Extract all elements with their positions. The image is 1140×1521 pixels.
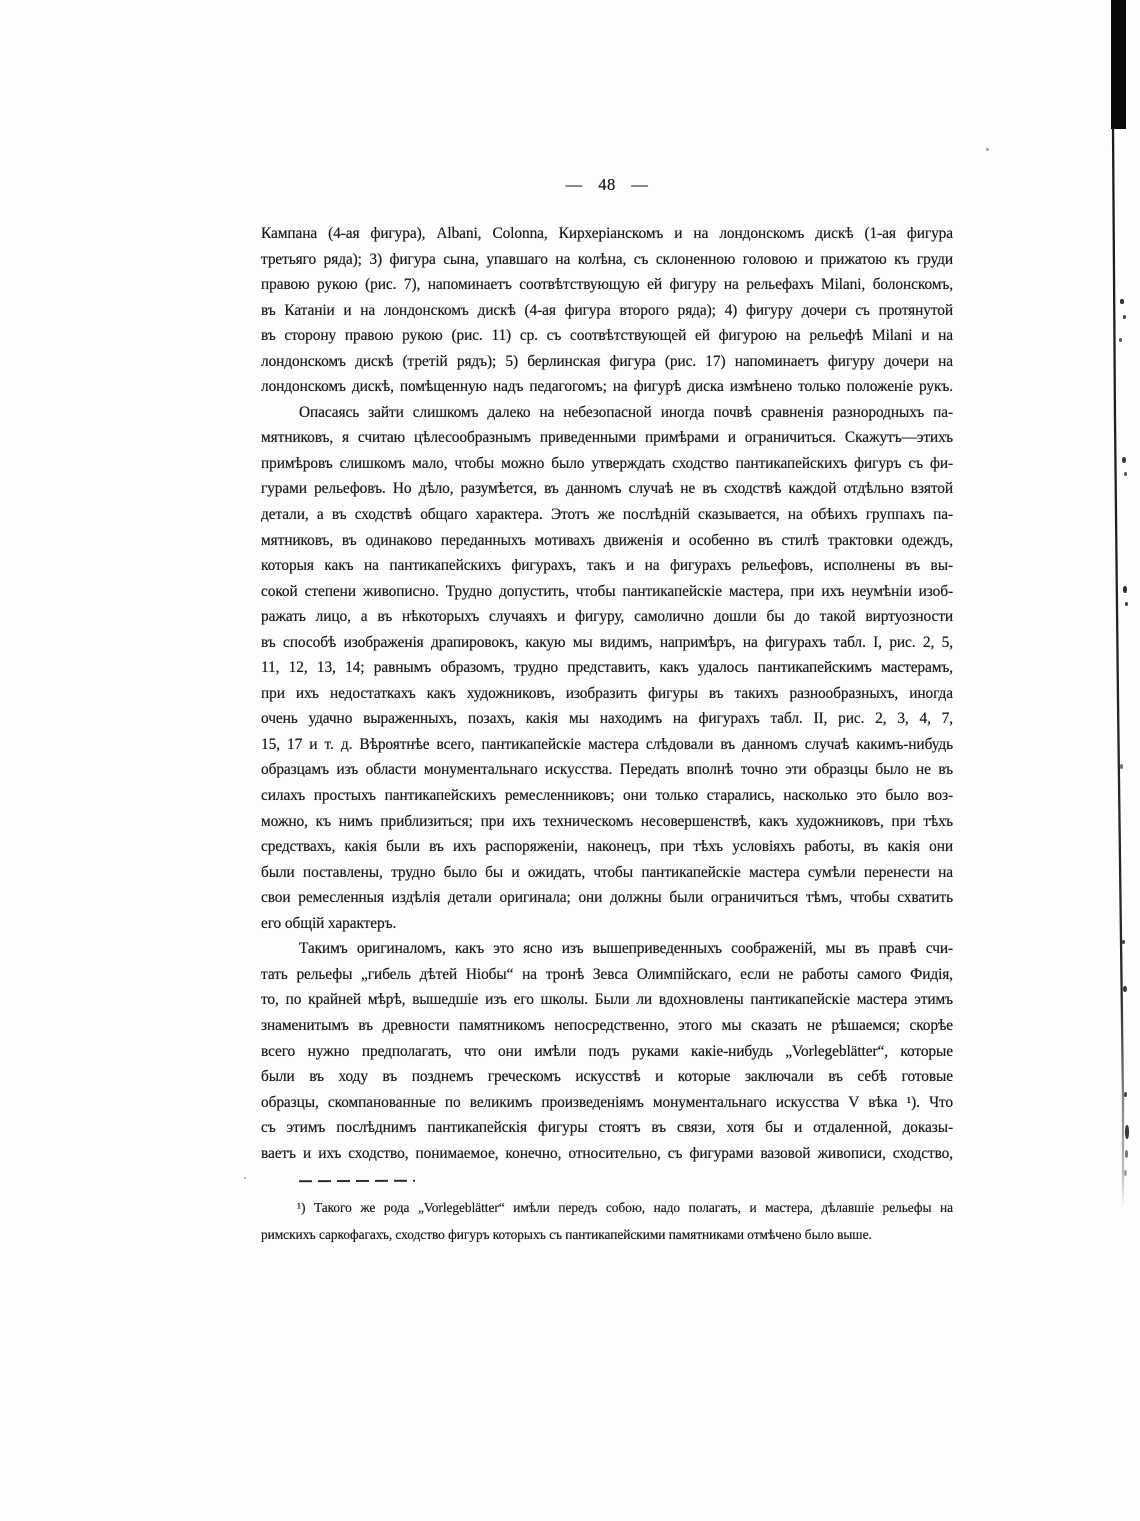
scan-speck — [1125, 602, 1128, 606]
scan-speck — [1123, 586, 1127, 593]
scan-speck — [1123, 315, 1126, 319]
scan-speck — [1123, 986, 1127, 992]
scan-speck — [244, 1177, 246, 1179]
scan-speck — [1120, 764, 1123, 769]
scan-speck — [1119, 338, 1122, 342]
scan-speck — [1122, 457, 1126, 463]
scan-speck — [1124, 1170, 1127, 1176]
scan-speck — [1125, 1150, 1128, 1158]
book-page: — 48 — Кампана (4-ая фигура), Albani, Co… — [0, 0, 1140, 1521]
scan-edge-line — [0, 0, 1140, 1521]
scan-speck — [1120, 299, 1124, 304]
scan-speck — [1124, 472, 1127, 476]
scan-speck — [986, 148, 989, 151]
scan-speck — [1125, 1125, 1129, 1139]
scan-speck — [1124, 1092, 1127, 1097]
scan-speck — [1122, 940, 1125, 944]
